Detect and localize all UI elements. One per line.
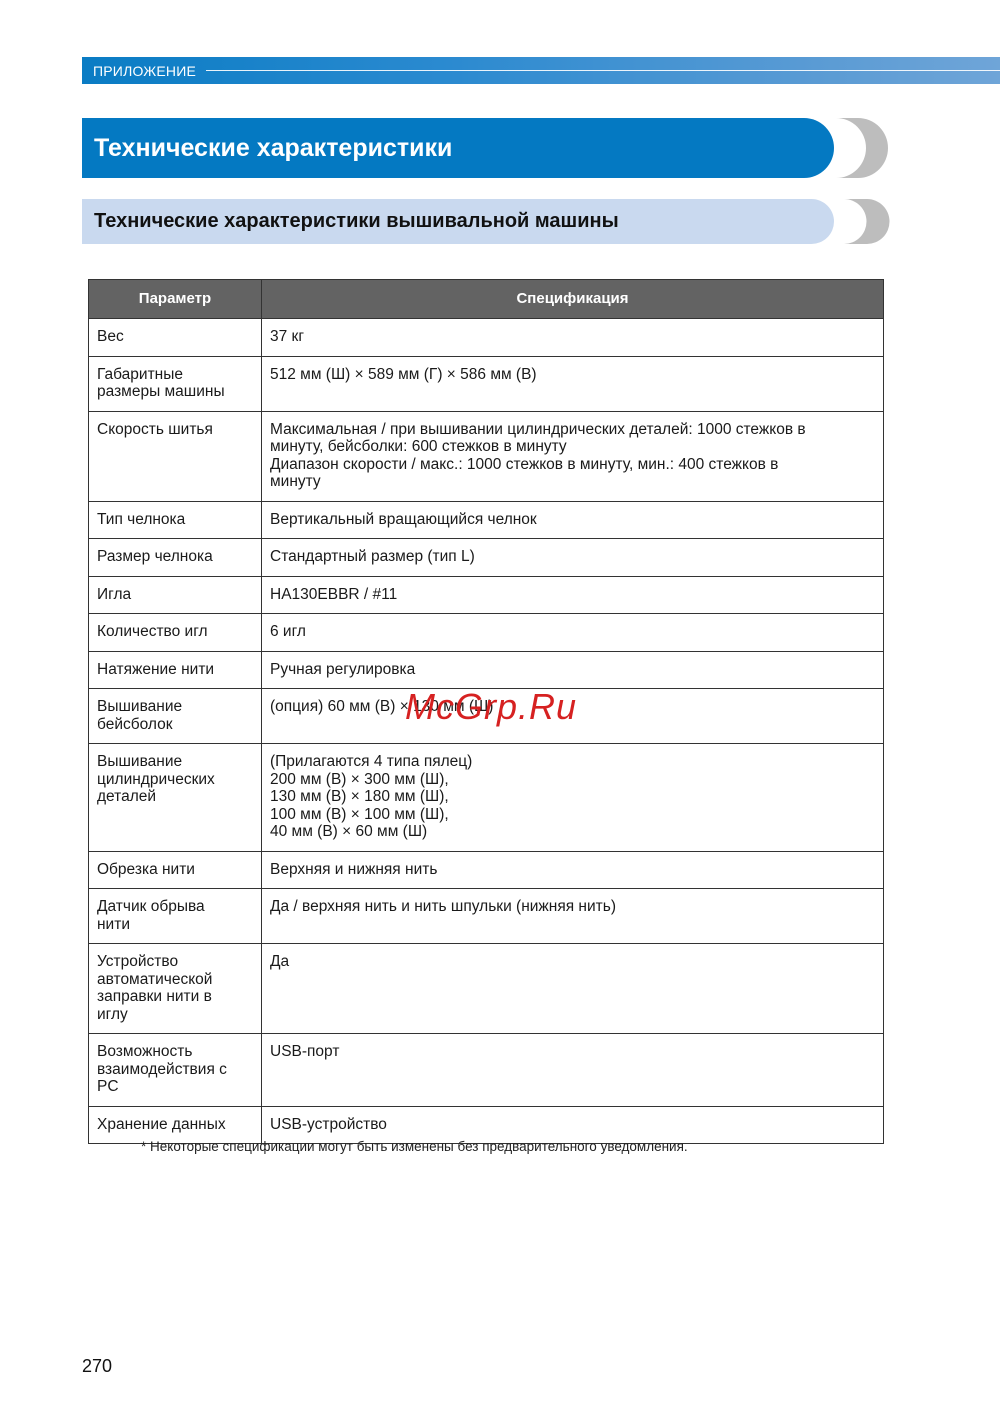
param-cell: Скорость шитья bbox=[89, 411, 262, 501]
spec-cell: USB-устройство bbox=[262, 1106, 884, 1144]
table-row: Обрезка нитиВерхняя и нижняя нить bbox=[89, 851, 884, 889]
param-cell: Вес bbox=[89, 319, 262, 357]
table-row: Вес37 кг bbox=[89, 319, 884, 357]
spec-cell: Максимальная / при вышивании цилиндричес… bbox=[262, 411, 884, 501]
page-title-bar: Технические характеристики bbox=[82, 118, 834, 178]
table-row: Возможность взаимодействия с PCUSB-порт bbox=[89, 1034, 884, 1107]
spec-cell: Верхняя и нижняя нить bbox=[262, 851, 884, 889]
spec-cell: HA130EBBR / #11 bbox=[262, 576, 884, 614]
page-title: Технические характеристики bbox=[94, 134, 452, 163]
subtitle: Технические характеристики вышивальной м… bbox=[94, 210, 619, 233]
param-cell: Количество игл bbox=[89, 614, 262, 652]
table-row: Габаритные размеры машины512 мм (Ш) × 58… bbox=[89, 356, 884, 411]
table-row: Датчик обрыва нитиДа / верхняя нить и ни… bbox=[89, 889, 884, 944]
spec-cell: 6 игл bbox=[262, 614, 884, 652]
section-label: ПРИЛОЖЕНИЕ bbox=[93, 63, 196, 79]
table-row: Размер челнокаСтандартный размер (тип L) bbox=[89, 539, 884, 577]
param-cell: Обрезка нити bbox=[89, 851, 262, 889]
table-row: Количество игл6 игл bbox=[89, 614, 884, 652]
header-parameter: Параметр bbox=[89, 280, 262, 319]
title-cap-decoration-icon bbox=[816, 118, 892, 178]
param-cell: Вышивание бейсболок bbox=[89, 689, 262, 744]
spec-cell: Да bbox=[262, 944, 884, 1034]
table-header-row: Параметр Спецификация bbox=[89, 280, 884, 319]
table-row: Устройство автоматической заправки нити … bbox=[89, 944, 884, 1034]
table-row: Хранение данныхUSB-устройство bbox=[89, 1106, 884, 1144]
section-rule bbox=[206, 70, 1000, 71]
footnote: * Некоторые спецификации могут быть изме… bbox=[141, 1139, 688, 1154]
page-number: 270 bbox=[82, 1356, 112, 1377]
param-cell: Устройство автоматической заправки нити … bbox=[89, 944, 262, 1034]
subtitle-cap-decoration-icon bbox=[822, 199, 892, 244]
table-row: Натяжение нитиРучная регулировка bbox=[89, 651, 884, 689]
table-row: Скорость шитьяМаксимальная / при вышиван… bbox=[89, 411, 884, 501]
param-cell: Натяжение нити bbox=[89, 651, 262, 689]
spec-cell: USB-порт bbox=[262, 1034, 884, 1107]
spec-cell: (Прилагаются 4 типа пялец) 200 мм (В) × … bbox=[262, 744, 884, 852]
table-row: Вышивание цилиндрических деталей(Прилага… bbox=[89, 744, 884, 852]
spec-cell: 512 мм (Ш) × 589 мм (Г) × 586 мм (В) bbox=[262, 356, 884, 411]
spec-cell: 37 кг bbox=[262, 319, 884, 357]
param-cell: Хранение данных bbox=[89, 1106, 262, 1144]
param-cell: Габаритные размеры машины bbox=[89, 356, 262, 411]
watermark: McGrp.Ru bbox=[405, 686, 577, 728]
param-cell: Вышивание цилиндрических деталей bbox=[89, 744, 262, 852]
spec-cell: Вертикальный вращающийся челнок bbox=[262, 501, 884, 539]
spec-cell: Ручная регулировка bbox=[262, 651, 884, 689]
spec-cell: Стандартный размер (тип L) bbox=[262, 539, 884, 577]
param-cell: Датчик обрыва нити bbox=[89, 889, 262, 944]
table-row: ИглаHA130EBBR / #11 bbox=[89, 576, 884, 614]
table-row: Тип челнокаВертикальный вращающийся челн… bbox=[89, 501, 884, 539]
param-cell: Размер челнока bbox=[89, 539, 262, 577]
spec-cell: Да / верхняя нить и нить шпульки (нижняя… bbox=[262, 889, 884, 944]
param-cell: Игла bbox=[89, 576, 262, 614]
param-cell: Тип челнока bbox=[89, 501, 262, 539]
section-band: ПРИЛОЖЕНИЕ bbox=[82, 57, 1000, 84]
header-specification: Спецификация bbox=[262, 280, 884, 319]
param-cell: Возможность взаимодействия с PC bbox=[89, 1034, 262, 1107]
subtitle-bar: Технические характеристики вышивальной м… bbox=[82, 199, 834, 244]
